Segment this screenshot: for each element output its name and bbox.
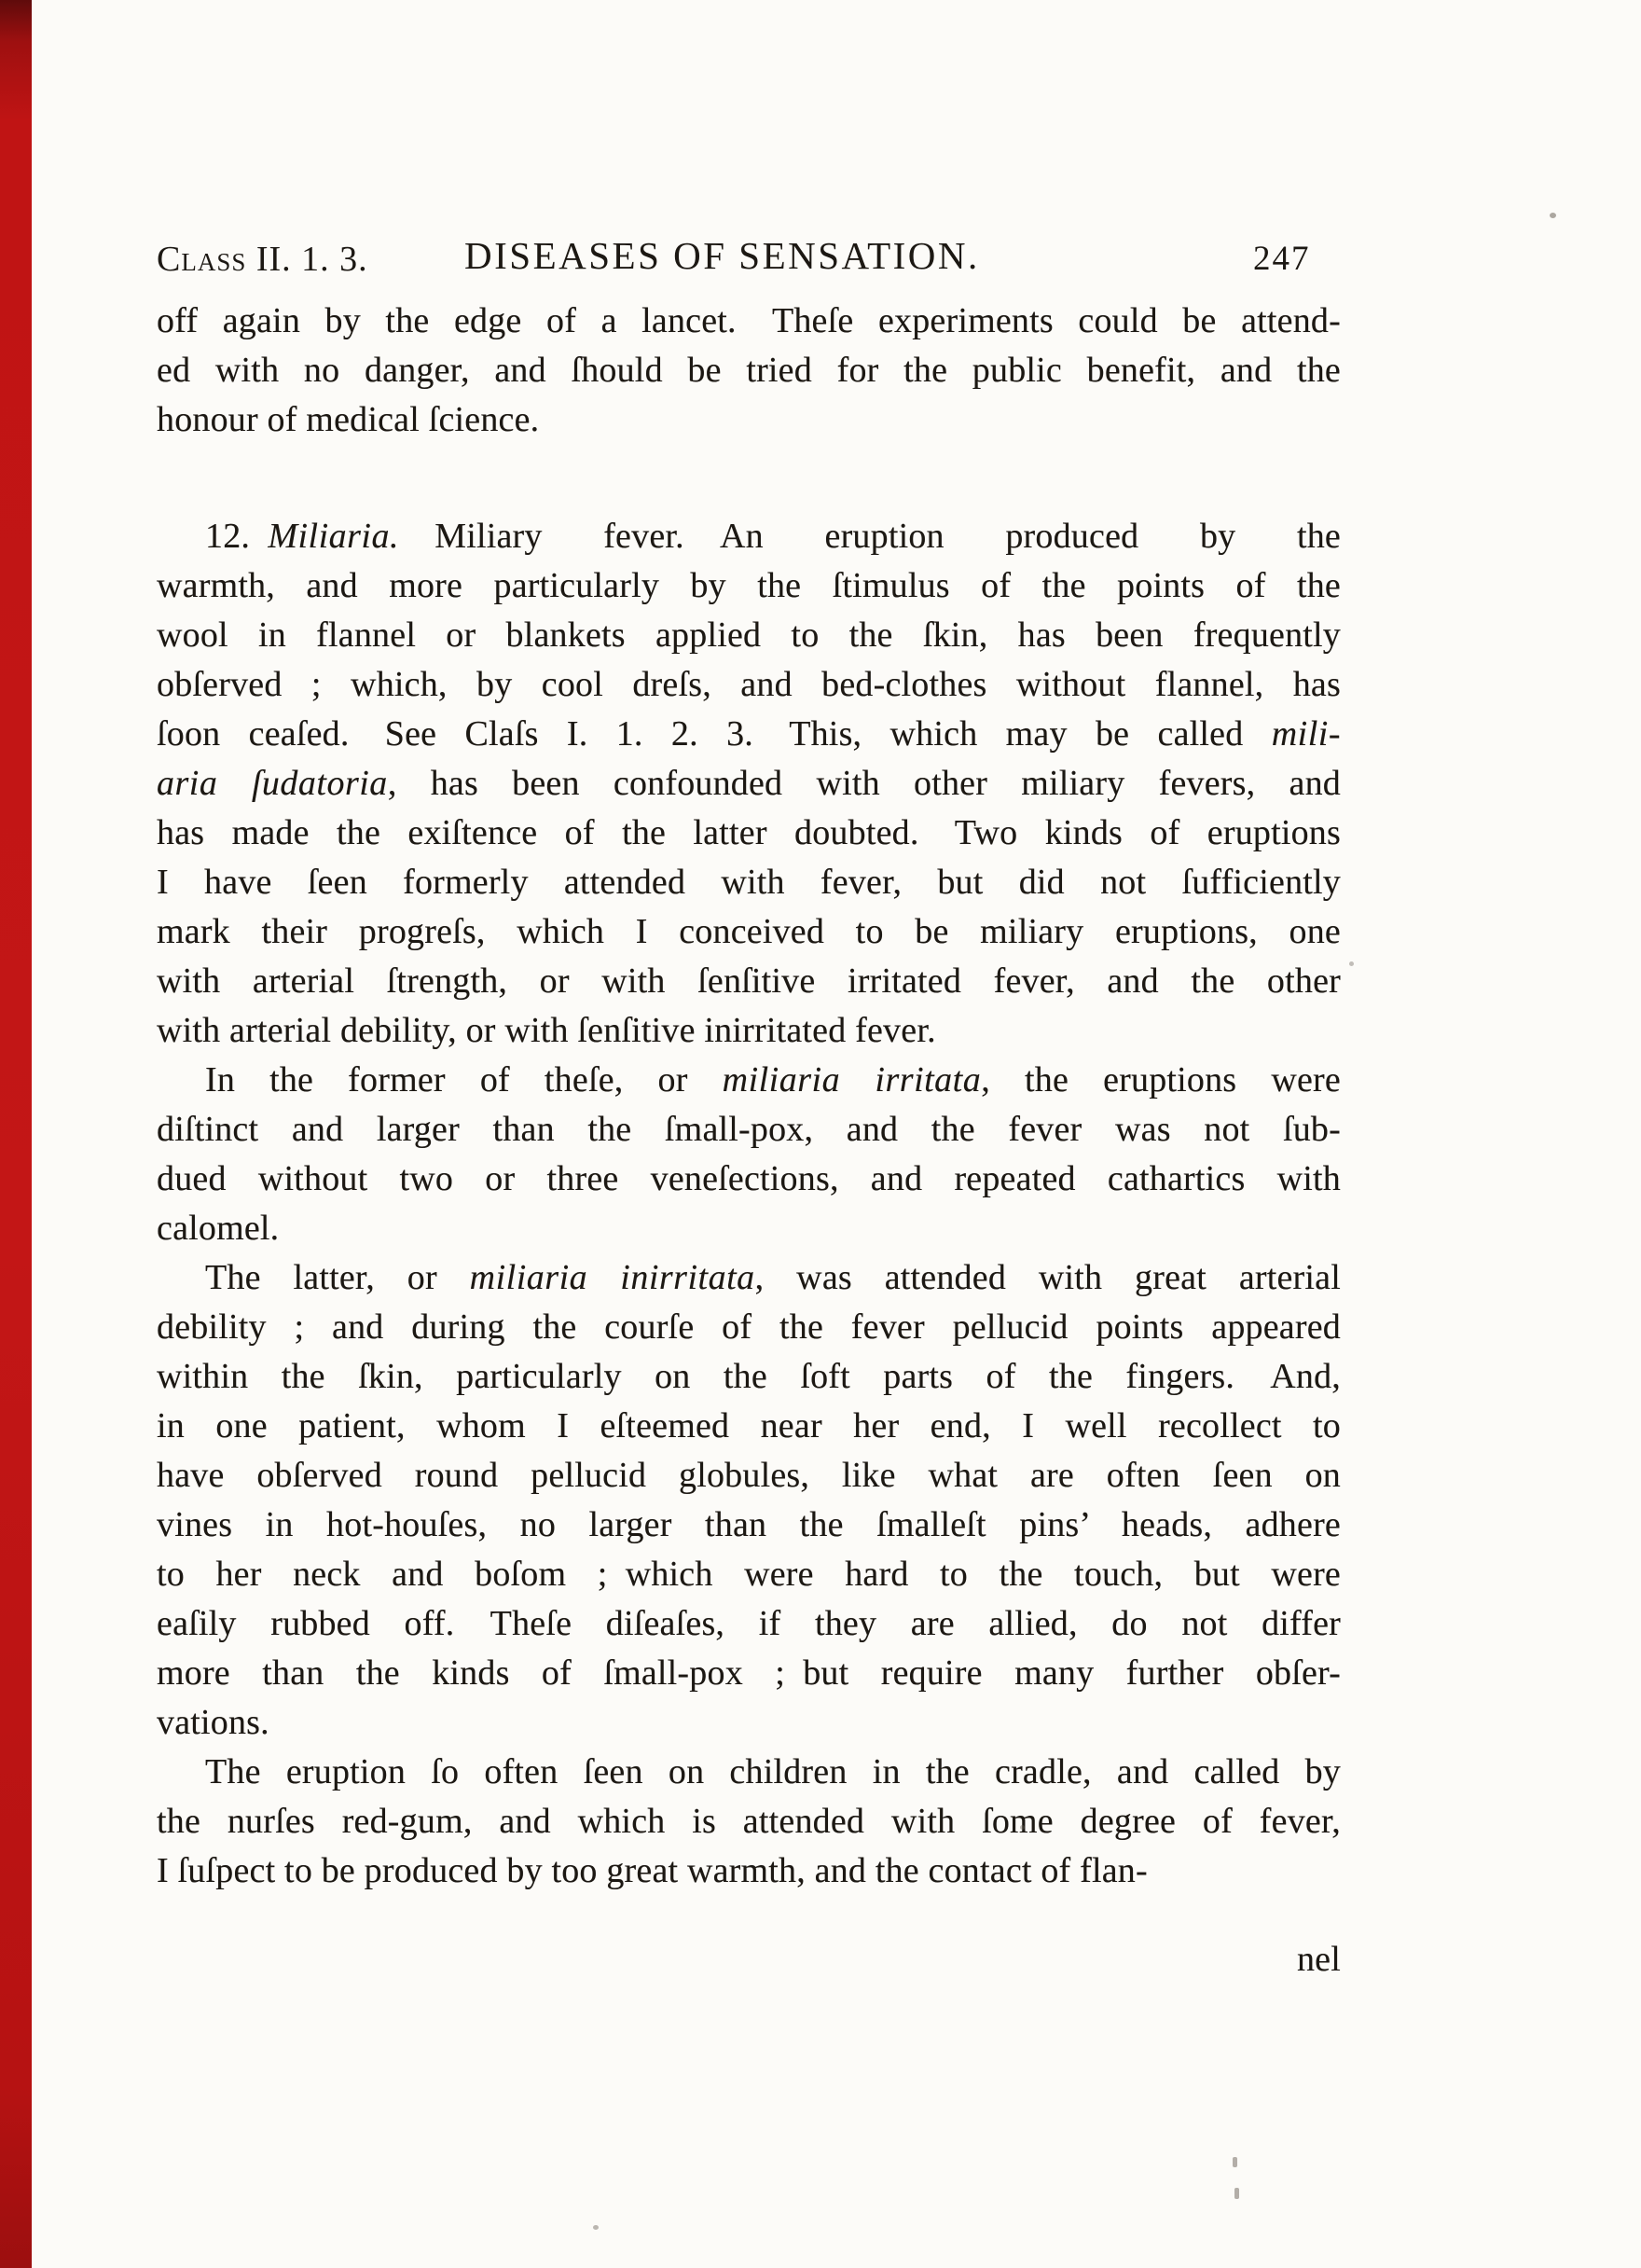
text-line: eaſily rubbed off. Theſe diſeaſes, if th…: [157, 1599, 1341, 1649]
text-line: vines in hot-houſes, no larger than the …: [157, 1500, 1341, 1550]
text-line: ed with no danger, and ſhould be tried f…: [157, 346, 1341, 395]
text-line: In the former of theſe, or miliaria irri…: [157, 1056, 1341, 1105]
text-line: more than the kinds of ſmall-pox ; but r…: [157, 1649, 1341, 1698]
text-line: the nurſes red-gum, and which is attende…: [157, 1797, 1341, 1846]
scan-artifact: [1550, 213, 1556, 218]
text-line: off again by the edge of a lancet. Theſe…: [157, 297, 1341, 346]
running-head-title: DISEASES OF SENSATION.: [464, 233, 980, 278]
text-line: within the ſkin, particularly on the ſof…: [157, 1352, 1341, 1402]
text-line: have obſerved round pellucid globules, l…: [157, 1451, 1341, 1500]
text-line: calomel.: [157, 1204, 1341, 1253]
text-line: warmth, and more particularly by the ſti…: [157, 561, 1341, 611]
scan-artifact: [1020, 1825, 1025, 1830]
running-head-class: Class II. 1. 3.: [157, 239, 368, 280]
page-content: Class II. 1. 3. DISEASES OF SENSATION. 2…: [157, 231, 1341, 1984]
text-line: 12. Miliaria. Miliary fever. An eruption…: [157, 512, 1341, 561]
scan-artifact: [1233, 2157, 1237, 2167]
page-number: 247: [1253, 239, 1311, 279]
text-line: The latter, or miliaria inirritata, was …: [157, 1253, 1341, 1303]
book-page: Class II. 1. 3. DISEASES OF SENSATION. 2…: [0, 0, 1641, 2268]
text-line: I ſuſpect to be produced by too great wa…: [157, 1846, 1341, 1896]
text-line: to her neck and boſom ; which were hard …: [157, 1550, 1341, 1599]
page-header: Class II. 1. 3. DISEASES OF SENSATION. 2…: [157, 231, 1341, 297]
text-line: obſerved ; which, by cool dreſs, and bed…: [157, 660, 1341, 710]
text-line: has made the exiſtence of the latter dou…: [157, 809, 1341, 858]
paragraph: The eruption ſo often ſeen on children i…: [157, 1748, 1341, 1896]
text-line: with arterial ſtrength, or with ſenſitiv…: [157, 957, 1341, 1006]
text-line: diſtinct and larger than the ſmall-pox, …: [157, 1105, 1341, 1155]
book-gutter-edge: [0, 0, 32, 2268]
scan-artifact: [593, 2225, 599, 2230]
text-line: dued without two or three veneſections, …: [157, 1155, 1341, 1204]
text-line: ſoon ceaſed. See Claſs I. 1. 2. 3. This,…: [157, 710, 1341, 759]
text-line: with arterial debility, or with ſenſitiv…: [157, 1006, 1341, 1056]
text-line: honour of medical ſcience.: [157, 395, 1341, 445]
catchword: nel: [157, 1935, 1341, 1984]
text-line: The eruption ſo often ſeen on children i…: [157, 1748, 1341, 1797]
text-line: vations.: [157, 1698, 1341, 1748]
text-line: debility ; and during the courſe of the …: [157, 1303, 1341, 1352]
scan-artifact: [1349, 961, 1354, 966]
text-line: wool in flannel or blankets applied to t…: [157, 611, 1341, 660]
paragraph: The latter, or miliaria inirritata, was …: [157, 1253, 1341, 1748]
paragraph: In the former of theſe, or miliaria irri…: [157, 1056, 1341, 1253]
text-line: in one patient, whom I eſteemed near her…: [157, 1402, 1341, 1451]
text-line: aria ſudatoria, has been confounded with…: [157, 759, 1341, 809]
text-line: mark their progreſs, which I conceived t…: [157, 907, 1341, 957]
text-line: I have ſeen formerly attended with fever…: [157, 858, 1341, 907]
body-text: off again by the edge of a lancet. Theſe…: [157, 297, 1341, 1984]
scan-artifact: [1234, 2188, 1239, 2199]
paragraph: off again by the edge of a lancet. Theſe…: [157, 297, 1341, 445]
paragraph: 12. Miliaria. Miliary fever. An eruption…: [157, 512, 1341, 1056]
